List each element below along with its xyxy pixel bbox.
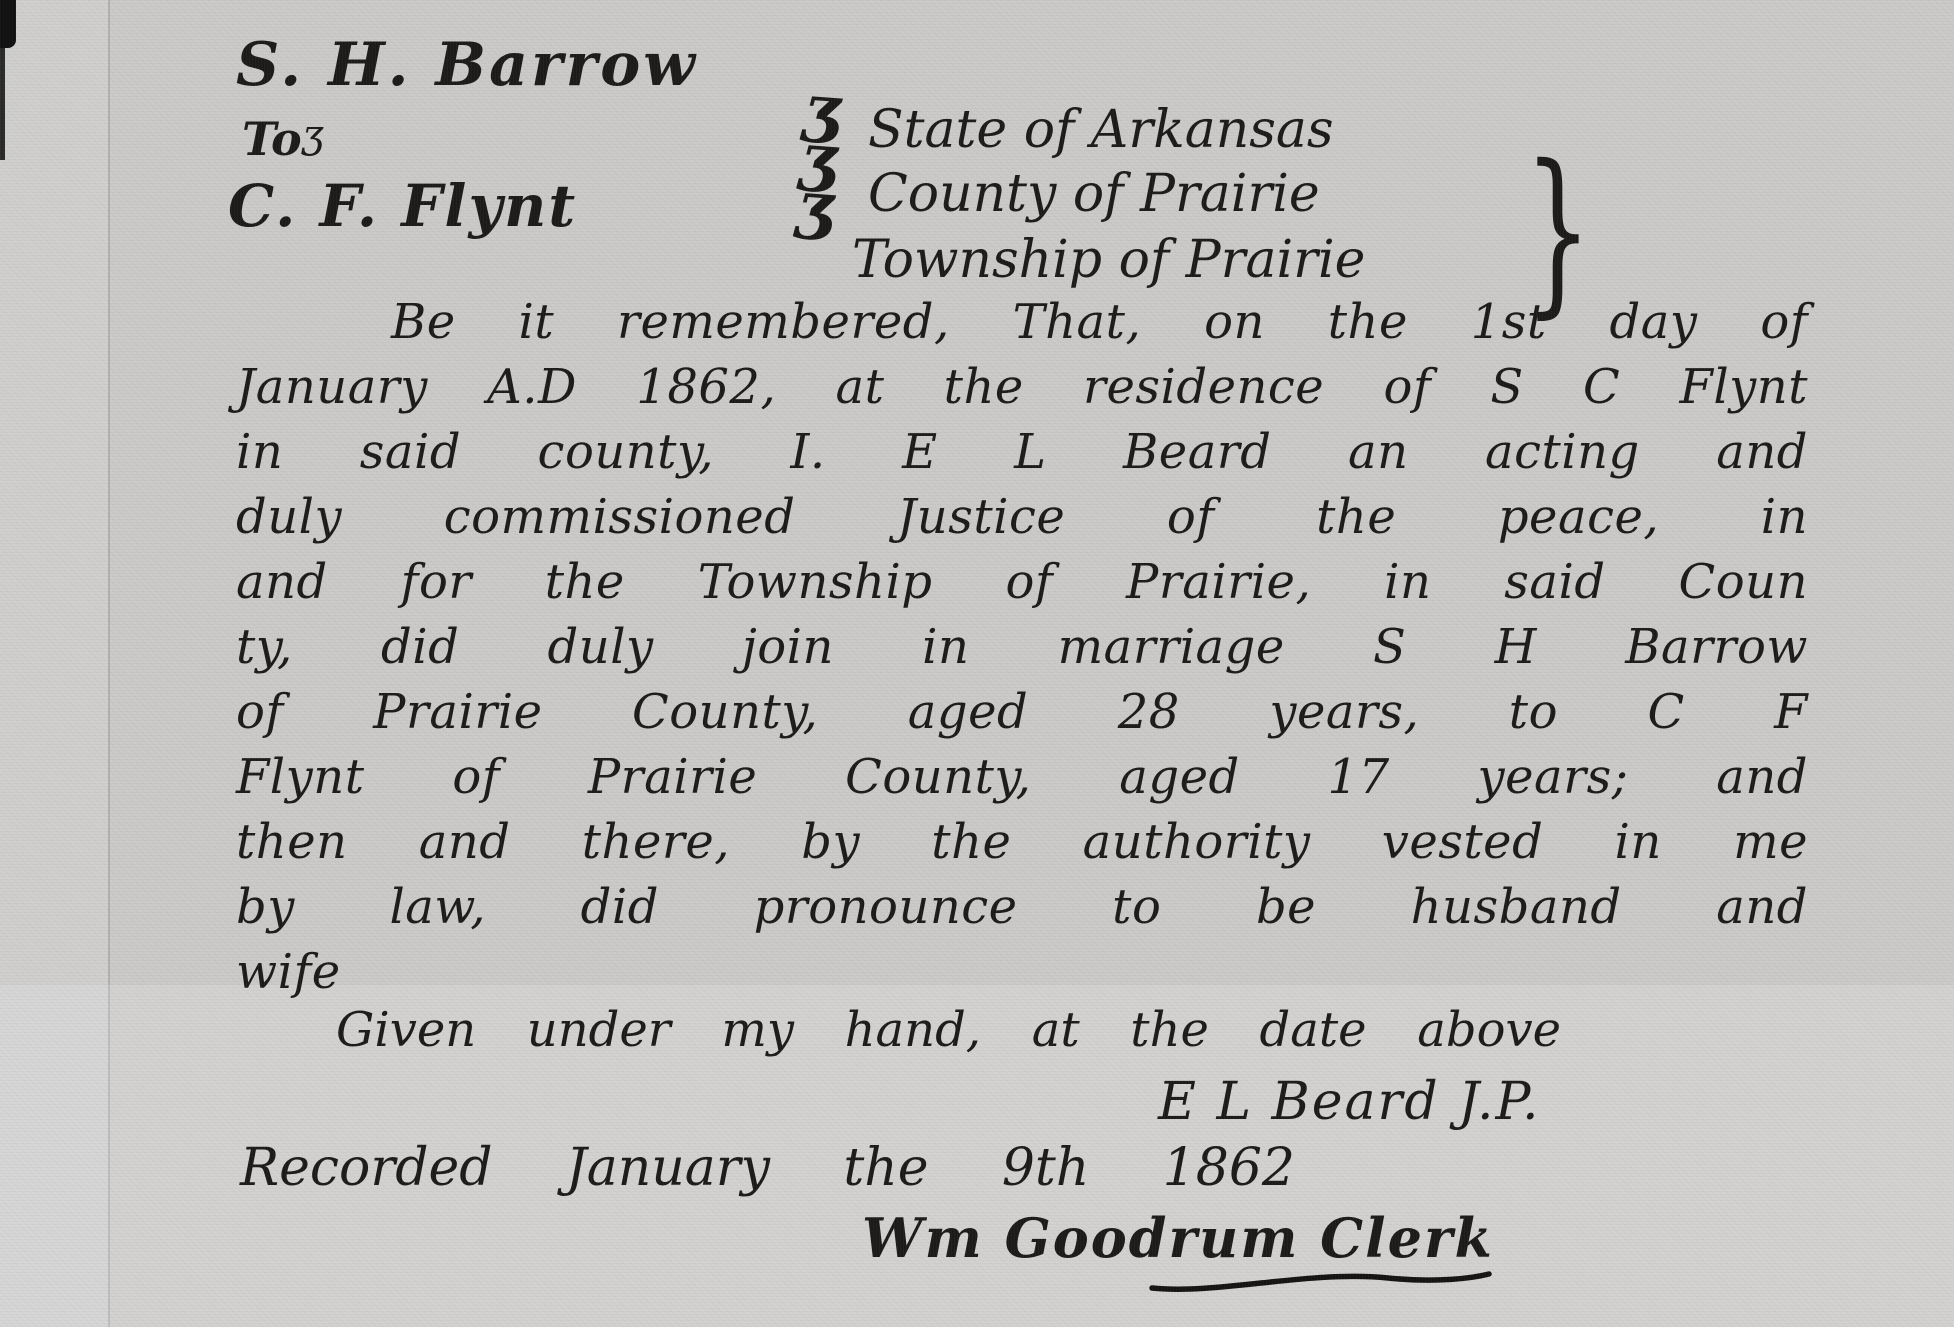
record-body: Be it remembered, That, on the 1st day o… (236, 290, 1808, 1005)
body-line: of Prairie County, aged 28 years, to C F (236, 680, 1808, 745)
body-line: duly commissioned Justice of the peace, … (236, 485, 1808, 550)
justice-signature: E L Beard J.P. (1158, 1072, 1541, 1132)
body-line: January A.D 1862, at the residence of S … (236, 355, 1808, 420)
body-line: in said county, I. E L Beard an acting a… (236, 420, 1808, 485)
body-line: then and there, by the authority vested … (236, 810, 1808, 875)
page-margin-line (108, 0, 110, 1327)
body-line: ty, did duly join in marriage S H Barrow (236, 615, 1808, 680)
recorded-line: Recorded January the 9th 1862 (240, 1138, 1295, 1198)
given-under-hand-line: Given under my hand, at the date above (236, 1002, 1561, 1058)
jurisdiction-county: County of Prairie (868, 164, 1320, 224)
body-line: Be it remembered, That, on the 1st day o… (236, 290, 1808, 355)
versus-line: Toʒ (242, 112, 324, 166)
bride-name-slot: C. F. Flynt (228, 172, 577, 240)
coil-flourish-icon: ʒʒʒ (795, 84, 863, 234)
jurisdiction-township: Township of Prairie (852, 230, 1365, 290)
body-line: and for the Township of Prairie, in said… (236, 550, 1808, 615)
marriage-record-scan: S. H. Barrow Toʒ C. F. Flynt ʒʒʒ State o… (0, 0, 1954, 1327)
body-line: by law, did pronounce to be husband and (236, 875, 1808, 940)
body-line: wife (236, 940, 1808, 1005)
clerk-signature: Wm Goodrum Clerk (862, 1206, 1494, 1270)
versus-label: To (242, 112, 302, 166)
signature-underline-flourish (1148, 1268, 1493, 1296)
scan-edge-shadow (0, 0, 5, 160)
scan-light-strip (0, 0, 108, 1327)
groom-name: S. H. Barrow (236, 30, 698, 100)
jurisdiction-state: State of Arkansas (868, 100, 1334, 160)
bride-name: C. F. Flynt (228, 172, 577, 240)
small-brace-flourish-icon: ʒ (302, 112, 324, 157)
scan-corner-mark (0, 0, 16, 48)
body-line: Flynt of Prairie County, aged 17 years; … (236, 745, 1808, 810)
